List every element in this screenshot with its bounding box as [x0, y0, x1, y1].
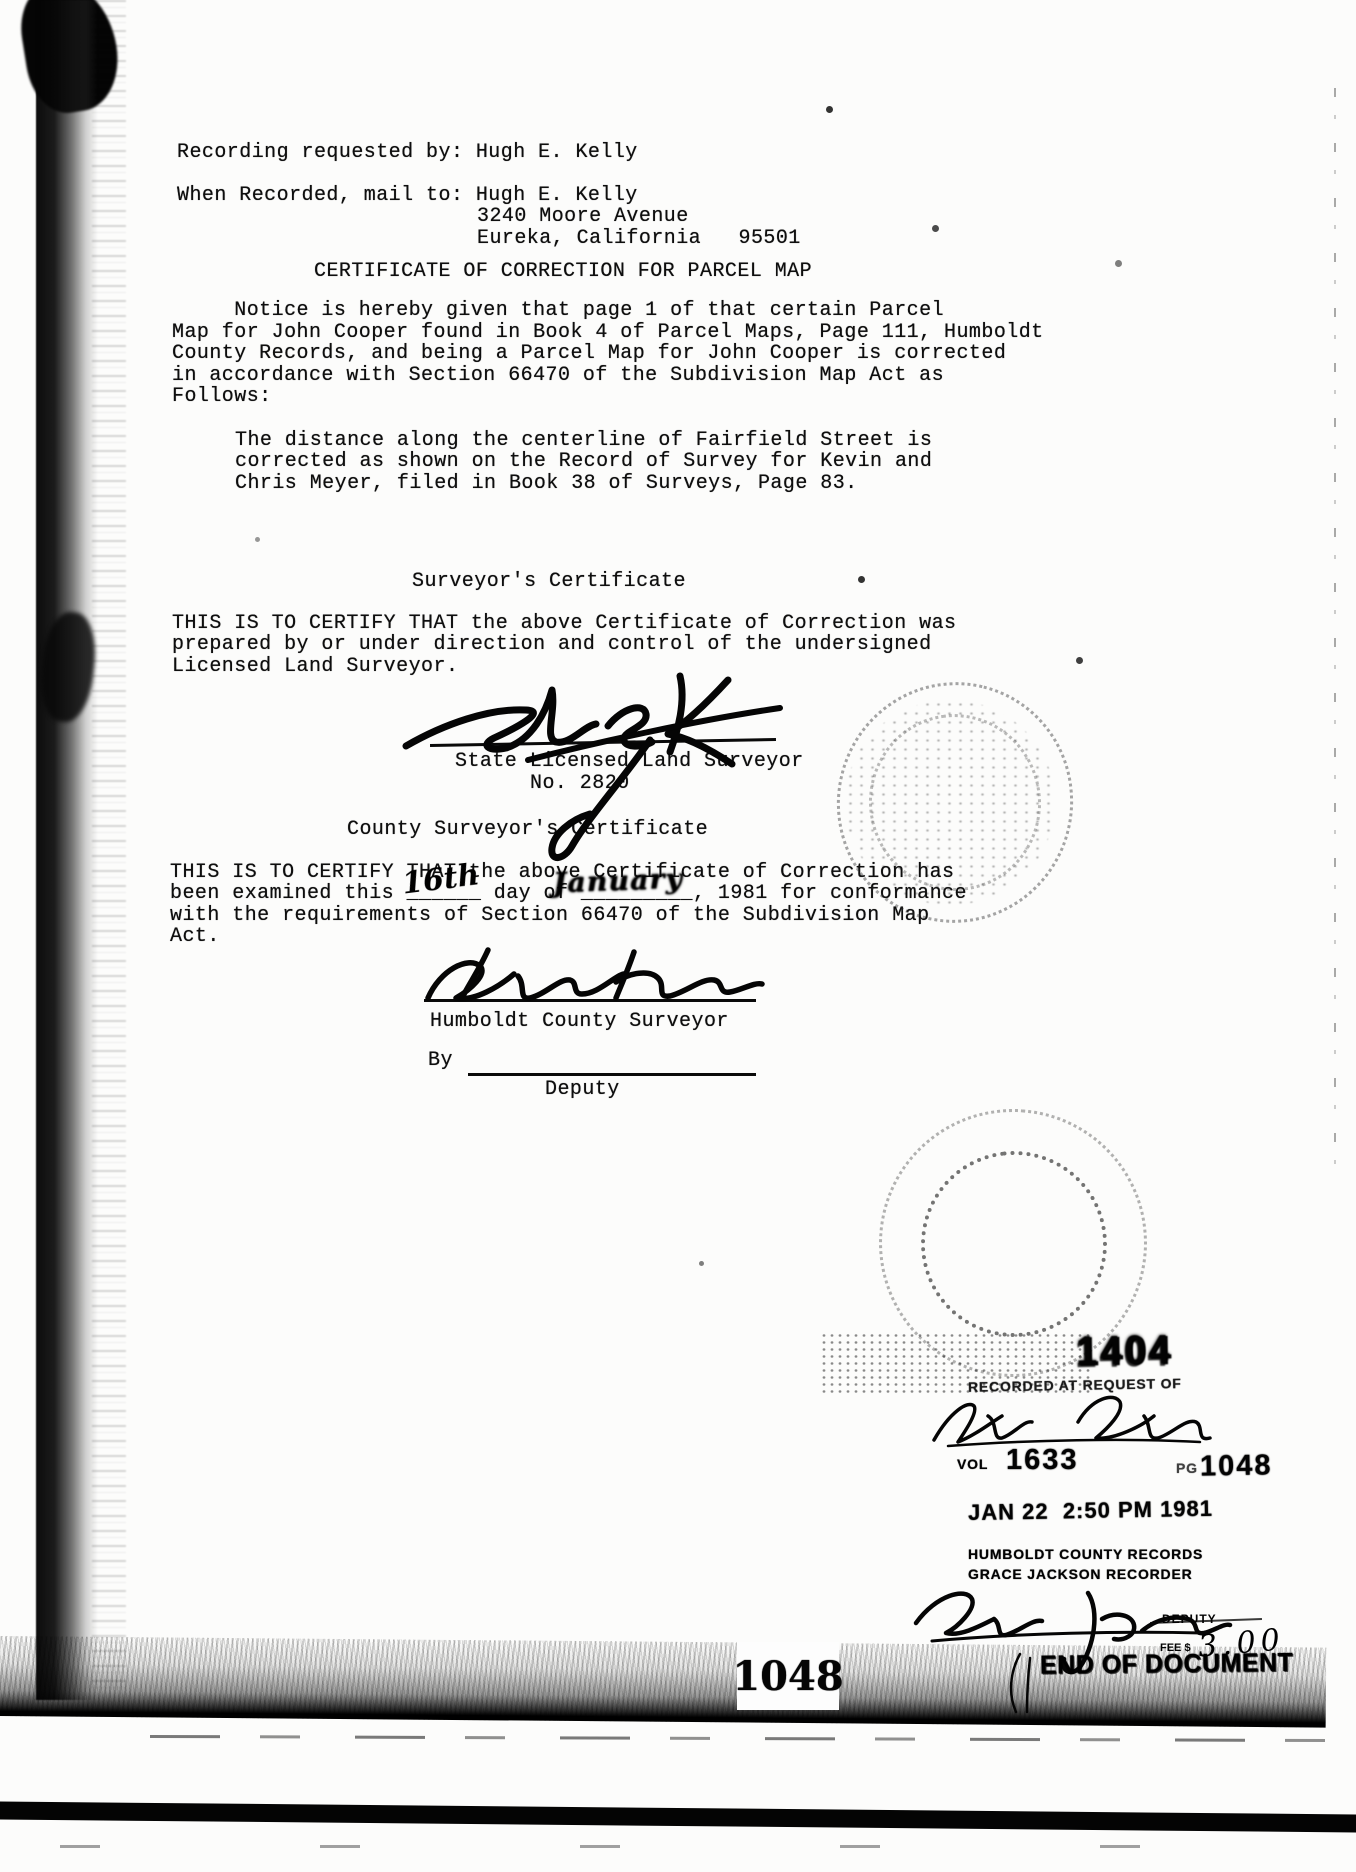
county-records-line: HUMBOLDT COUNTY RECORDS	[968, 1546, 1203, 1562]
scan-bottom-ticks	[60, 1845, 1260, 1848]
recording-datetime-stamp: JAN 22 2:50 PM 1981	[968, 1496, 1213, 1526]
deputy-label: Deputy	[545, 1078, 620, 1101]
scan-left-edge-band	[36, 0, 98, 1700]
page-number-stamp: 1048	[737, 1642, 839, 1710]
county-certificate-line: Act.	[170, 925, 220, 948]
signature-hugh-e-kelly	[398, 668, 788, 868]
vol-value: 1633	[1006, 1444, 1079, 1477]
scanned-document-page: Recording requested by: Hugh E. Kelly Wh…	[0, 0, 1356, 1872]
recorder-document-number: 1404	[1076, 1327, 1173, 1375]
correction-line: corrected as shown on the Record of Surv…	[235, 450, 932, 473]
pg-label: PG	[1176, 1460, 1198, 1476]
pg-value: 1048	[1200, 1449, 1273, 1483]
end-of-document-stamp: END OF DOCUMENT	[1040, 1648, 1294, 1681]
handwritten-mark	[1000, 1648, 1040, 1718]
mail-to-line: When Recorded, mail to: Hugh E. Kelly	[177, 184, 638, 207]
surveyor-certificate-heading: Surveyor's Certificate	[412, 570, 686, 593]
vol-label: VOL	[957, 1456, 988, 1472]
correction-line: The distance along the centerline of Fai…	[235, 429, 932, 452]
handwritten-month: January	[552, 864, 683, 900]
scan-right-dashed-line	[1334, 88, 1336, 1183]
scan-thin-rule	[150, 1735, 1330, 1742]
mail-to-address-city: Eureka, California 95501	[477, 227, 801, 250]
scan-left-edge-noise	[92, 0, 126, 1690]
by-label: By	[428, 1049, 453, 1072]
scan-specks	[0, 0, 3, 3]
scan-bottom-bar	[0, 1801, 1356, 1832]
deputy-signature-rule	[468, 1073, 756, 1076]
surveyor-seal-noise	[845, 700, 1055, 905]
surveyor-certificate-line: prepared by or under direction and contr…	[172, 633, 932, 656]
county-certificate-line: with the requirements of Section 66470 o…	[170, 904, 930, 927]
deputy-stamp: DEPUTY	[1162, 1612, 1217, 1626]
surveyor-certificate-line: THIS IS TO CERTIFY THAT the above Certif…	[172, 612, 956, 635]
notice-line: in accordance with Section 66470 of the …	[172, 364, 944, 387]
notice-line: Map for John Cooper found in Book 4 of P…	[172, 321, 1044, 344]
notice-line: Notice is hereby given that page 1 of th…	[172, 299, 944, 322]
recording-requested-line: Recording requested by: Hugh E. Kelly	[177, 141, 638, 164]
notice-line: Follows:	[172, 385, 272, 408]
signature-county-surveyor	[418, 942, 768, 1017]
page-number: 1048	[732, 1653, 843, 1700]
notice-line: County Records, and being a Parcel Map f…	[172, 342, 1006, 365]
correction-line: Chris Meyer, filed in Book 38 of Surveys…	[235, 472, 858, 495]
mail-to-address-street: 3240 Moore Avenue	[477, 205, 689, 228]
document-title: CERTIFICATE OF CORRECTION FOR PARCEL MAP	[314, 260, 812, 283]
